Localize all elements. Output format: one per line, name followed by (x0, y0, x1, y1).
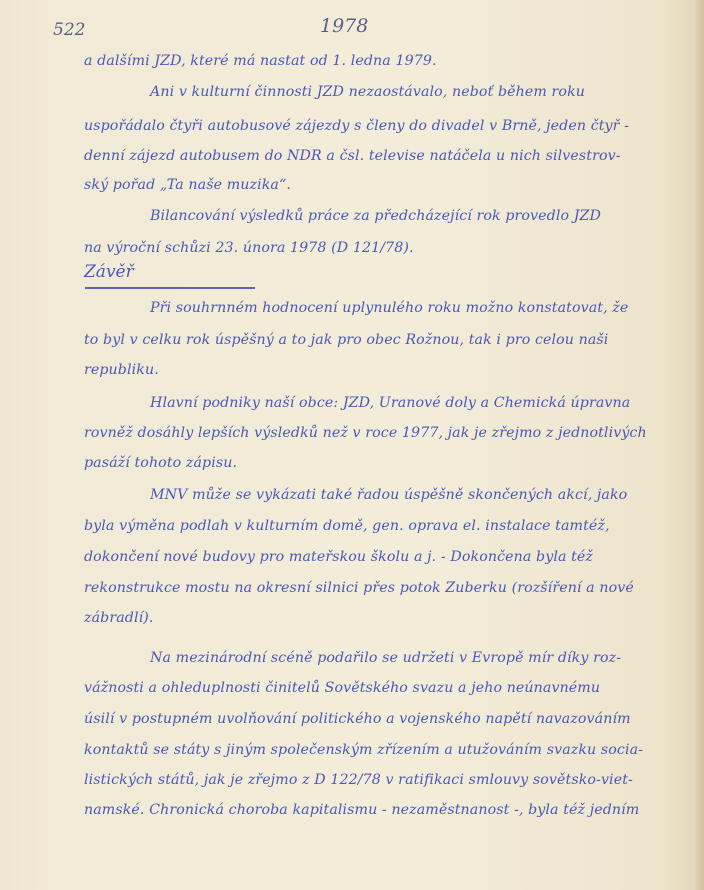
text-line: Na mezinárodní scéně podařilo se udržeti… (150, 650, 621, 666)
text-line: byla výměna podlah v kulturním domě, gen… (84, 518, 610, 534)
text-line: republiku. (84, 362, 159, 378)
text-line: listických států, jak je zřejmo z D 122/… (84, 772, 633, 788)
text-line: rekonstrukce mostu na okresní silnici př… (84, 580, 634, 596)
text-line: úsilí v postupném uvolňování politického… (84, 711, 631, 727)
text-line: to byl v celku rok úspěšný a to jak pro … (84, 332, 608, 348)
text-line: zábradlí). (84, 610, 153, 626)
text-line: a dalšími JZD, které má nastat od 1. led… (84, 53, 437, 69)
heading-underline (85, 287, 255, 289)
text-line: Ani v kulturní činnosti JZD nezaostávalo… (150, 84, 585, 100)
manuscript-page: 522 1978 a dalšími JZD, které má nastat … (0, 0, 704, 890)
text-line: uspořádalo čtyři autobusové zájezdy s čl… (84, 118, 629, 134)
text-line: namské. Chronická choroba kapitalismu - … (84, 802, 639, 818)
page-number: 522 (53, 20, 85, 40)
text-line: MNV může se vykázati také řadou úspěšně … (150, 487, 627, 503)
text-line: vážnosti a ohleduplnosti činitelů Sověts… (84, 680, 600, 696)
year-header: 1978 (320, 15, 368, 37)
text-line: rovněž dosáhly lepších výsledků než v ro… (84, 425, 647, 441)
text-line: Hlavní podniky naší obce: JZD, Uranové d… (150, 395, 630, 411)
text-line: pasáží tohoto zápisu. (84, 455, 237, 471)
text-line: kontaktů se státy s jiným společenským z… (84, 742, 643, 758)
text-line: ský pořad „Ta naše muzika“. (84, 177, 291, 193)
text-line: dokončení nové budovy pro mateřskou škol… (84, 549, 593, 565)
text-line: Bilancování výsledků práce za předcházej… (150, 208, 601, 224)
text-line: na výroční schůzi 23. února 1978 (D 121/… (84, 240, 414, 256)
text-line: Při souhrnném hodnocení uplynulého roku … (150, 300, 628, 316)
section-heading: Závěř (84, 262, 134, 282)
text-line: denní zájezd autobusem do NDR a čsl. tel… (84, 148, 621, 164)
